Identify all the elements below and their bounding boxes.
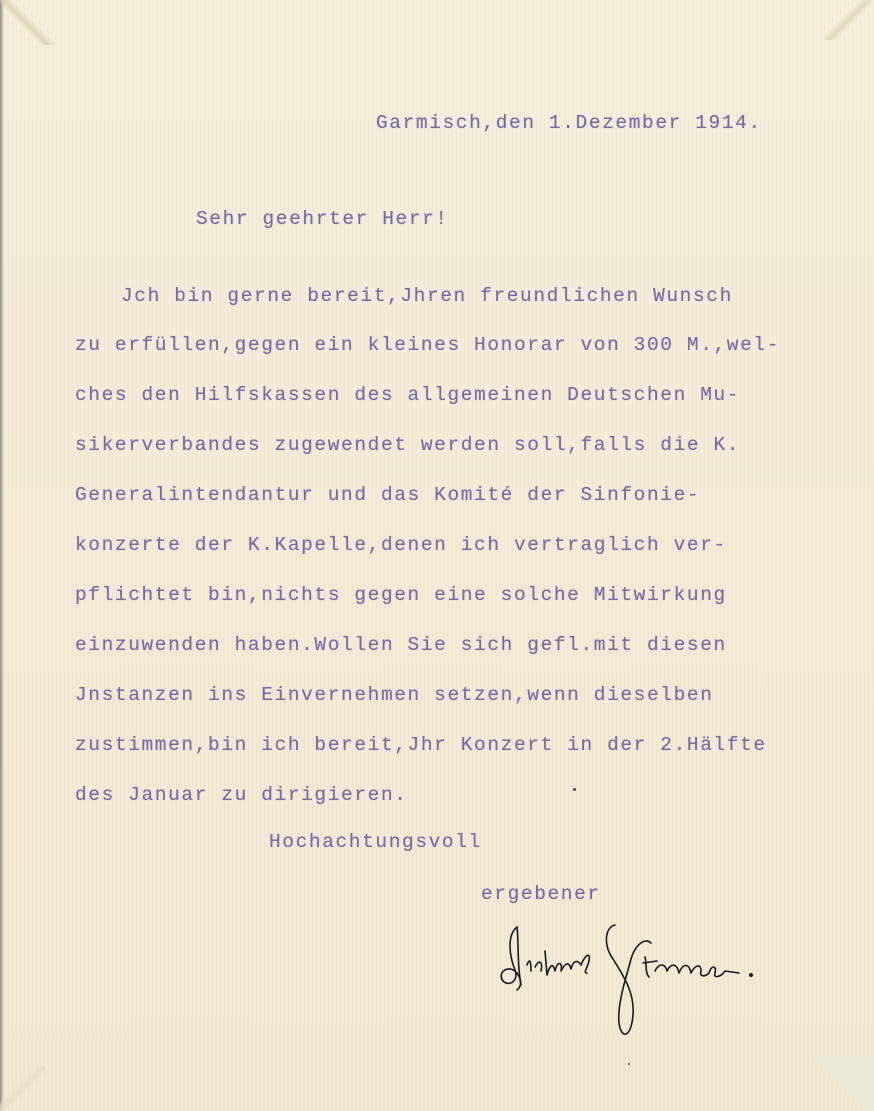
body-line: pflichtet bin,nichts gegen eine solche M… bbox=[75, 586, 727, 606]
body-line: ches den Hilfskassen des allgemeinen Deu… bbox=[75, 386, 740, 406]
body-line: Jch bin gerne bereit,Jhren freundlichen … bbox=[121, 287, 733, 307]
handwritten-signature: Richard Strauss bbox=[495, 915, 765, 1040]
photo-corner-top-right bbox=[824, 0, 874, 40]
body-line: Jnstanzen ins Einvernehmen setzen,wenn d… bbox=[75, 686, 714, 706]
page-edge-shadow bbox=[0, 0, 4, 1111]
body-line: sikerverbandes zugewendet werden soll,fa… bbox=[75, 436, 740, 456]
letter-page: Garmisch,den 1.Dezember 1914. Sehr geehr… bbox=[0, 0, 874, 1111]
photo-corner-top-left bbox=[0, 0, 55, 45]
photo-corner-bottom-left bbox=[0, 1066, 45, 1111]
body-line: zu erfüllen,gegen ein kleines Honorar vo… bbox=[75, 336, 780, 356]
photo-corner-bottom-right bbox=[814, 1056, 874, 1111]
ink-speck bbox=[628, 1063, 630, 1065]
body-line: konzerte der K.Kapelle,denen ich vertrag… bbox=[75, 536, 727, 556]
salutation: Sehr geehrter Herr! bbox=[196, 210, 449, 230]
closing: Hochachtungsvoll bbox=[269, 833, 482, 853]
body-line: Generalintendantur und das Komité der Si… bbox=[75, 486, 700, 506]
body-line: einzuwenden haben.Wollen Sie sich gefl.m… bbox=[75, 636, 727, 656]
body-line: des Januar zu dirigieren. bbox=[75, 786, 408, 806]
ink-speck bbox=[573, 788, 576, 791]
dateline: Garmisch,den 1.Dezember 1914. bbox=[376, 114, 762, 134]
closing-ergebener: ergebener bbox=[481, 885, 601, 905]
body-line: zustimmen,bin ich bereit,Jhr Konzert in … bbox=[75, 736, 767, 756]
